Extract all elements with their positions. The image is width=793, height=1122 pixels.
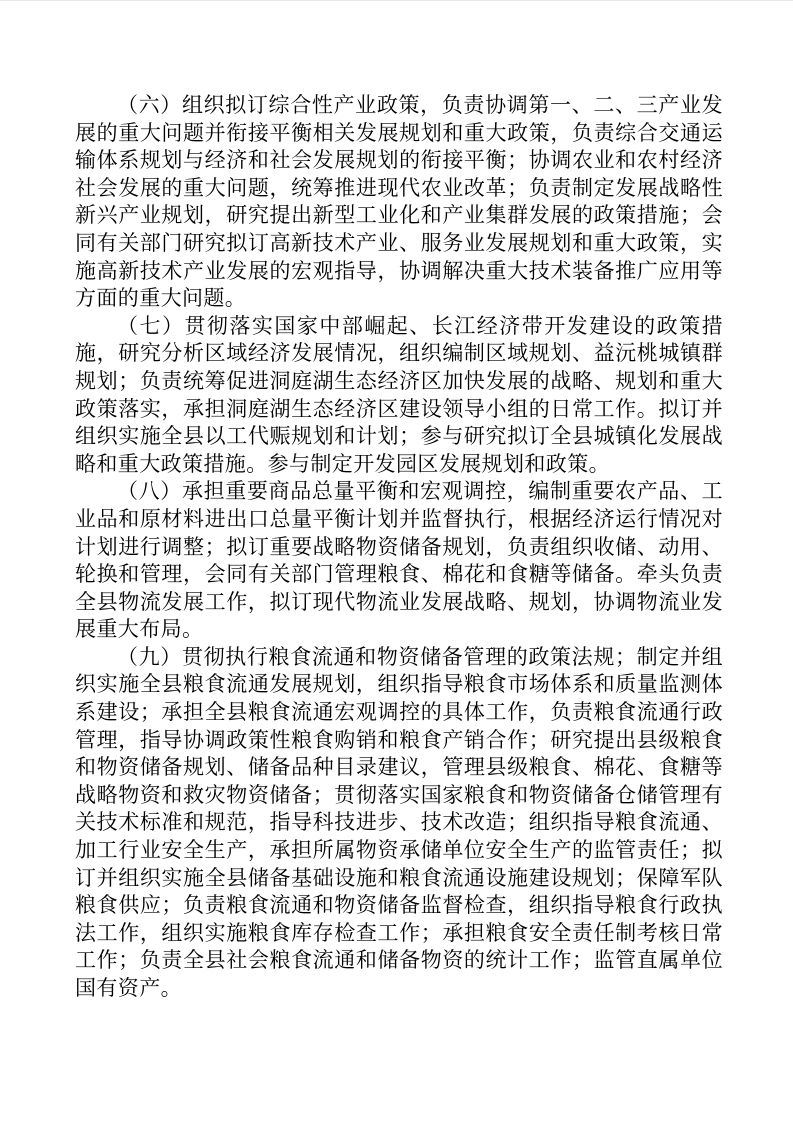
document-page: （六）组织拟订综合性产业政策，负责协调第一、二、三产业发展的重大问题并衔接平衡相… bbox=[0, 0, 793, 1122]
paragraph-duty-9: （九）贯彻执行粮食流通和物资储备管理的政策法规；制定并组织实施全县粮食流通发展规… bbox=[75, 644, 723, 1003]
paragraph-duty-6: （六）组织拟订综合性产业政策，负责协调第一、二、三产业发展的重大问题并衔接平衡相… bbox=[75, 92, 723, 313]
paragraph-duty-8: （八）承担重要商品总量平衡和宏观调控，编制重要农产品、工业品和原材料进出口总量平… bbox=[75, 478, 723, 644]
paragraph-duty-7: （七）贯彻落实国家中部崛起、长江经济带开发建设的政策措施，研究分析区域经济发展情… bbox=[75, 313, 723, 479]
